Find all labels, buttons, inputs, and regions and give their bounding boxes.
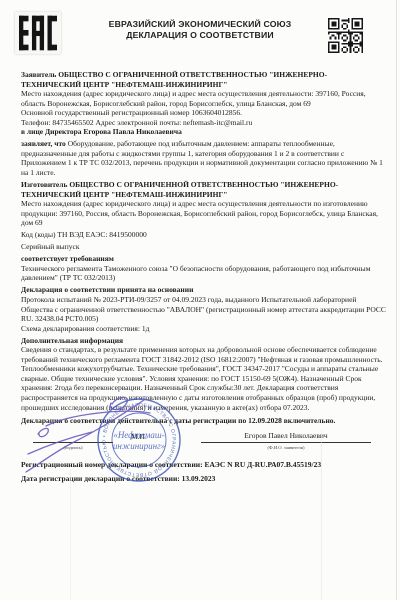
manufacturer-label: Изготовитель (21, 180, 67, 189)
compliance-text: Технического регламента Таможенного союз… (21, 264, 386, 283)
scan-faint-line (321, 430, 322, 600)
additional-info-label: Дополнительная информация (21, 336, 386, 346)
applicant-address: Место нахождения (адрес юридического лиц… (21, 89, 386, 108)
declares-label: заявляет, что (21, 139, 66, 148)
compliance-label: соответствует требованиям (21, 254, 386, 264)
document-title: ЕВРАЗИЙСКИЙ ЭКОНОМИЧЕСКИЙ СОЮЗ ДЕКЛАРАЦИ… (80, 19, 320, 40)
eac-mark-icon (15, 12, 61, 54)
manufacturer-name-line: Изготовитель ОБЩЕСТВО С ОГРАНИЧЕННОЙ ОТВ… (21, 180, 386, 199)
scan-faint-line (70, 470, 71, 600)
signatory-name-caption: (Ф.И.О. заявителя) (201, 443, 371, 453)
basis-label: Декларация о соответствии принята на осн… (21, 285, 386, 295)
applicant-name-line: Заявитель ОБЩЕСТВО С ОГРАНИЧЕННОЙ ОТВЕТС… (21, 70, 386, 89)
doc-type-title: ДЕКЛАРАЦИЯ О СООТВЕТСТВИИ (80, 30, 320, 41)
tnved-code: Код (коды) ТН ВЭД ЕАЭС: 8419500000 (21, 230, 386, 240)
applicant-ogrn: Основной государственный регистрационный… (21, 108, 386, 118)
manufacturer-address: Место нахождения (адрес юридического лиц… (21, 199, 386, 228)
scan-edge-line (396, 0, 397, 600)
declares-paragraph: заявляет, что Оборудование, работающее п… (21, 139, 386, 177)
applicant-representative: в лице Директора Егорова Павла Николаеви… (21, 127, 386, 137)
declaration-scheme: Схема декларирования соответствия: 1д (21, 324, 386, 334)
declares-text: Оборудование, работающее под избыточным … (21, 139, 383, 177)
serial-issue: Серийный выпуск (21, 242, 386, 252)
applicant-label: Заявитель (21, 70, 56, 79)
signatory-name: Егоров Павел Николаевич (201, 431, 371, 441)
eac-logo-glyphs (19, 15, 57, 51)
qr-code-icon (328, 18, 363, 53)
basis-text: Протокола испытаний № 2023-РТИ-09/3257 о… (21, 295, 386, 324)
manufacturer-name: ОБЩЕСТВО С ОГРАНИЧЕННОЙ ОТВЕТСТВЕННОСТЬЮ… (21, 180, 338, 199)
declaration-document: ЕВРАЗИЙСКИЙ ЭКОНОМИЧЕСКИЙ СОЮЗ ДЕКЛАРАЦИ… (0, 0, 400, 600)
document-header: ЕВРАЗИЙСКИЙ ЭКОНОМИЧЕСКИЙ СОЮЗ ДЕКЛАРАЦИ… (0, 0, 400, 62)
applicant-contacts: Телефон: 84735465502 Адрес электронной п… (21, 118, 386, 128)
handwritten-signature (16, 388, 176, 478)
applicant-name: ОБЩЕСТВО С ОГРАНИЧЕННОЙ ОТВЕТСТВЕННОСТЬЮ… (21, 70, 327, 89)
union-name: ЕВРАЗИЙСКИЙ ЭКОНОМИЧЕСКИЙ СОЮЗ (80, 19, 320, 30)
